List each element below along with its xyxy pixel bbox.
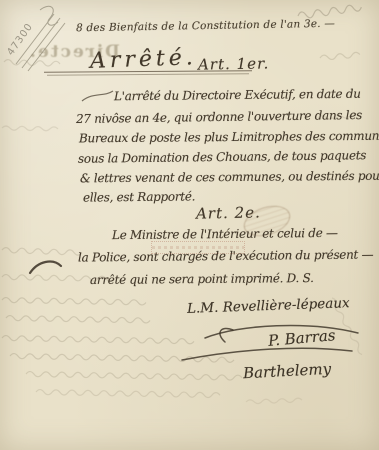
manuscript-line: L'arrêté du Directoire Exécutif, en date… xyxy=(114,87,361,104)
signature-barras: P. Barras xyxy=(267,326,336,350)
manuscript-line: 27 nivôse an 4e, qui ordonne l'ouverture… xyxy=(76,108,362,126)
manuscript-line: elles, est Rapporté. xyxy=(83,189,195,204)
manuscript-line: Le Ministre de l'Intérieur et celui de — xyxy=(112,226,338,242)
manuscript-line: arrêté qui ne sera point imprimé. D. S. xyxy=(90,271,314,287)
ghost-stamp-box xyxy=(151,241,245,254)
manuscript-line: & lettres venant de ces communes, ou des… xyxy=(80,169,379,186)
decree-title: Arrêté. xyxy=(90,45,198,74)
signature-barthelemy: Barthelemy xyxy=(243,360,332,383)
manuscript-line: sous la Domination des Chouans, de tous … xyxy=(78,148,366,166)
manuscript-page: 47300 Directe. 8 des Bienfaits de la Con… xyxy=(0,0,379,450)
header-note: 8 des Bienfaits de la Constitution de l'… xyxy=(76,18,335,35)
title-underline-bottom xyxy=(47,73,249,75)
manuscript-line: Bureaux de poste les plus Limitrophes de… xyxy=(79,129,379,146)
signature-revelliere-lepeaux: L.M. Revellière-lépeaux xyxy=(187,295,350,317)
